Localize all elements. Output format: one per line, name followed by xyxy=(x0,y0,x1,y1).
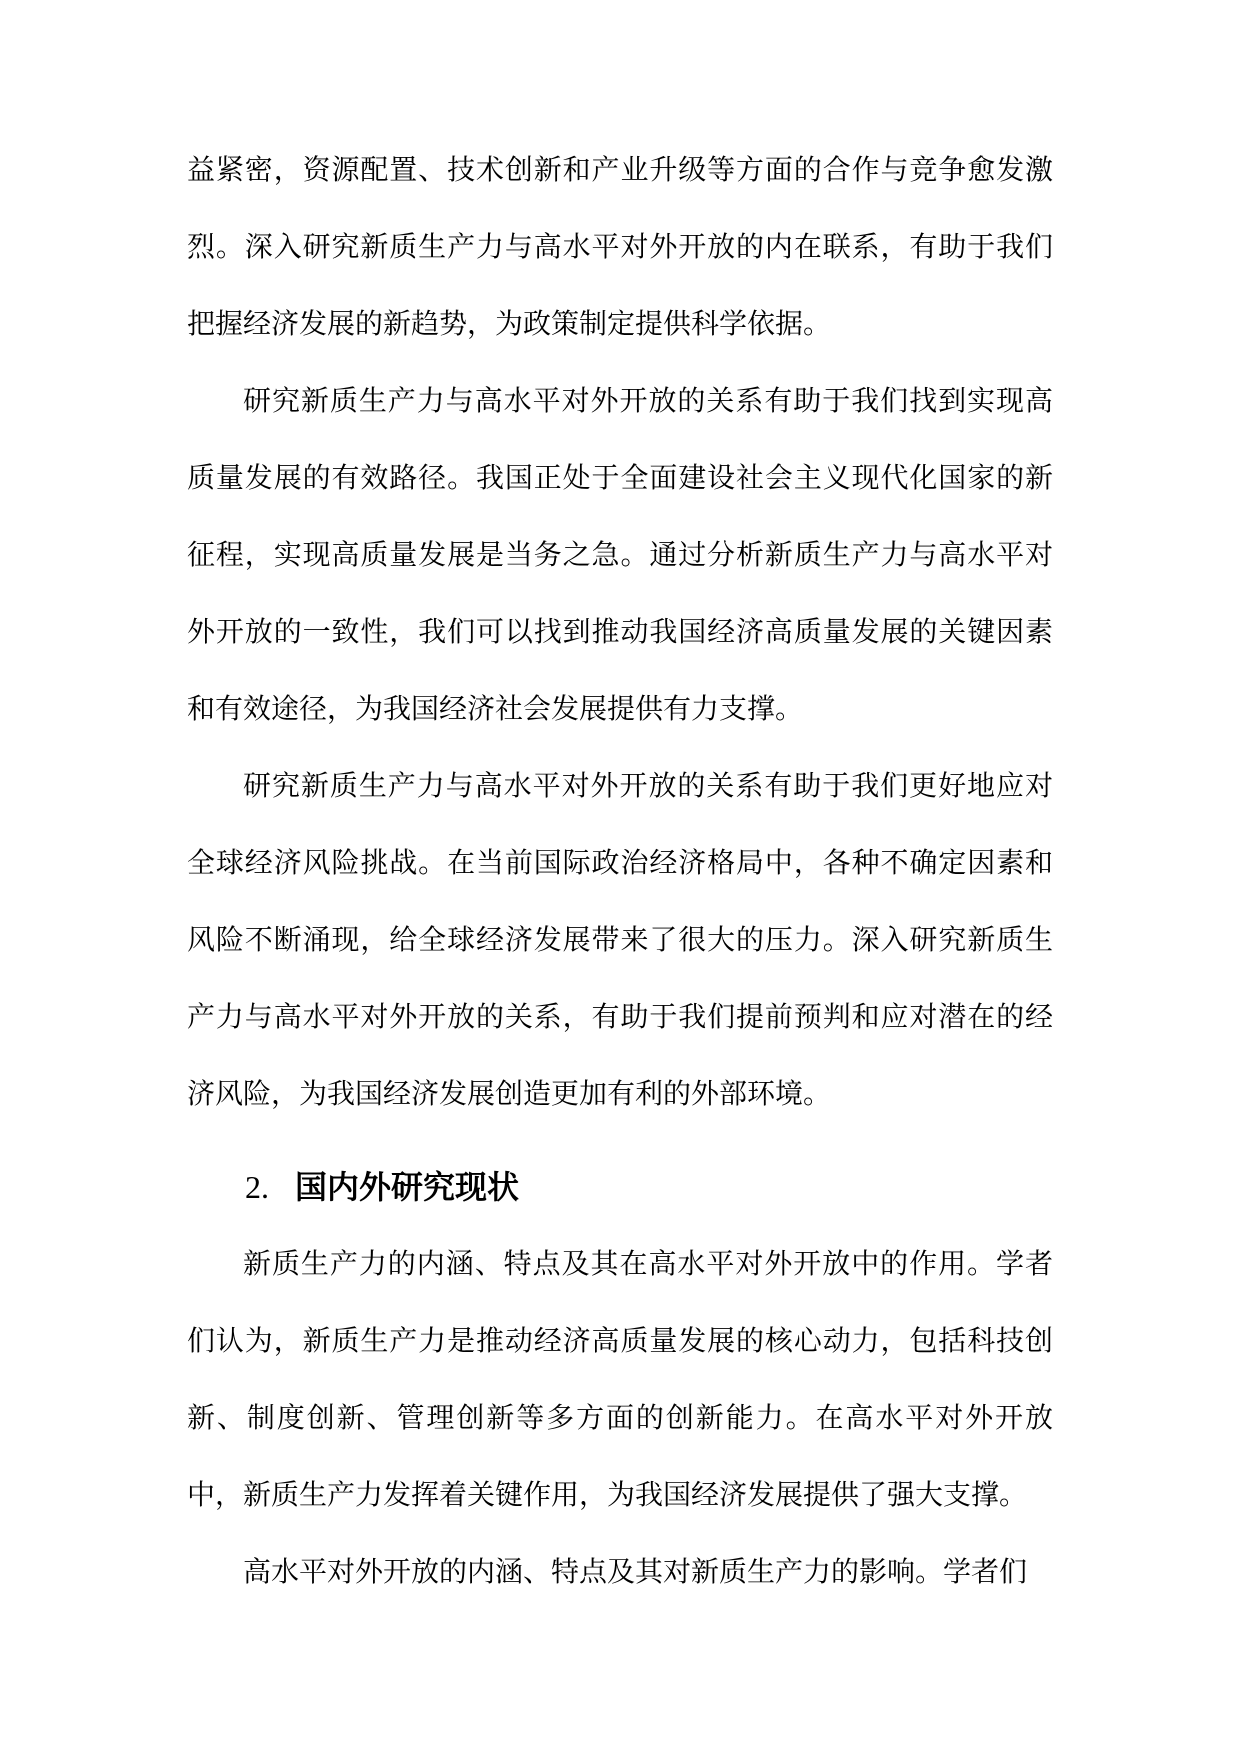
section-number: 2. xyxy=(245,1169,269,1205)
section-title: 国内外研究现状 xyxy=(295,1169,519,1205)
document-body: 益紧密，资源配置、技术创新和产业升级等方面的合作与竞争愈发激烈。深入研究新质生产… xyxy=(187,132,1053,1611)
paragraph: 研究新质生产力与高水平对外开放的关系有助于我们找到实现高质量发展的有效路径。我国… xyxy=(187,363,1053,748)
paragraph: 新质生产力的内涵、特点及其在高水平对外开放中的作用。学者们认为，新质生产力是推动… xyxy=(187,1226,1053,1534)
paragraph: 研究新质生产力与高水平对外开放的关系有助于我们更好地应对全球经济风险挑战。在当前… xyxy=(187,748,1053,1133)
section-heading: 2.国内外研究现状 xyxy=(187,1149,1053,1226)
document-page: 益紧密，资源配置、技术创新和产业升级等方面的合作与竞争愈发激烈。深入研究新质生产… xyxy=(0,0,1241,1754)
paragraph-continuation: 益紧密，资源配置、技术创新和产业升级等方面的合作与竞争愈发激烈。深入研究新质生产… xyxy=(187,132,1053,363)
paragraph: 高水平对外开放的内涵、特点及其对新质生产力的影响。学者们 xyxy=(187,1534,1053,1611)
